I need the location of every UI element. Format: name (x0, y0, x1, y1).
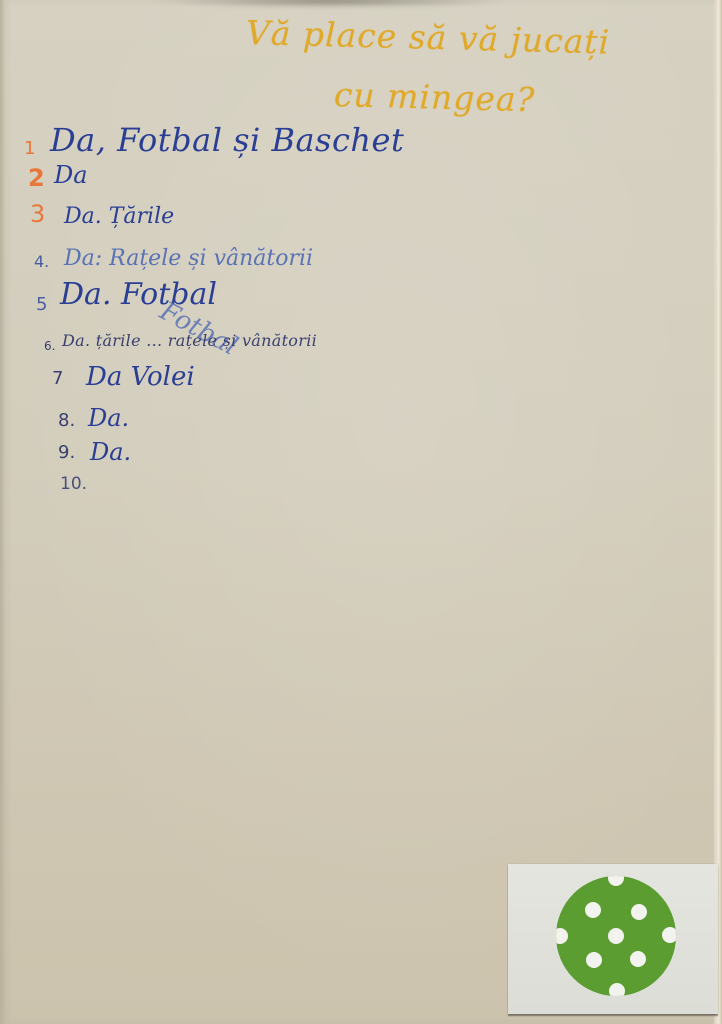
answer-number-8: 8. (58, 412, 75, 430)
ball-dot (608, 876, 624, 886)
answer-text-6: Da. țările ... rațele și vânătorii (62, 333, 317, 349)
answer-text-8: Da. (88, 406, 129, 430)
answer-number-5: 5 (36, 296, 47, 314)
ball-dot (556, 928, 568, 944)
answer-text-5: Da. Fotbal (60, 280, 217, 310)
answer-text-2: Da (54, 163, 88, 187)
answer-text-1: Da, Fotbal și Baschet (50, 124, 404, 156)
question-line-1: Vă place să vă jucați (246, 16, 611, 59)
answer-text-4: Da: Rațele și vânătorii (64, 248, 313, 270)
paper-sheet: Vă place să vă jucați cu mingea? 1 Da, F… (0, 0, 722, 1024)
answer-text-3: Da. Țările (64, 206, 174, 228)
answer-text-9: Da. (90, 440, 131, 464)
answer-number-2: 2 (28, 166, 45, 190)
ball-dot (608, 928, 624, 944)
ball-dot (662, 927, 676, 943)
answer-number-4: 4. (34, 254, 49, 270)
ball-dot (631, 904, 647, 920)
answer-text-7: Da Volei (86, 364, 195, 390)
ball-sticker (508, 864, 718, 1014)
ball-dot (586, 952, 602, 968)
ball-dot (609, 983, 625, 996)
paper-edge-left (0, 0, 5, 1024)
ball-dot (630, 951, 646, 967)
answer-number-3: 3 (30, 202, 45, 226)
polka-dot-ball-icon (556, 876, 676, 996)
answer-number-7: 7 (52, 370, 63, 388)
answer-number-10: 10. (60, 476, 87, 493)
answer-number-6: 6. (44, 340, 55, 352)
answer-number-9: 9. (58, 444, 75, 462)
answer-number-1: 1 (24, 140, 35, 158)
ball-dot (585, 902, 601, 918)
question-line-2: cu mingea? (334, 78, 536, 116)
ink-bleed-through (150, 0, 510, 8)
